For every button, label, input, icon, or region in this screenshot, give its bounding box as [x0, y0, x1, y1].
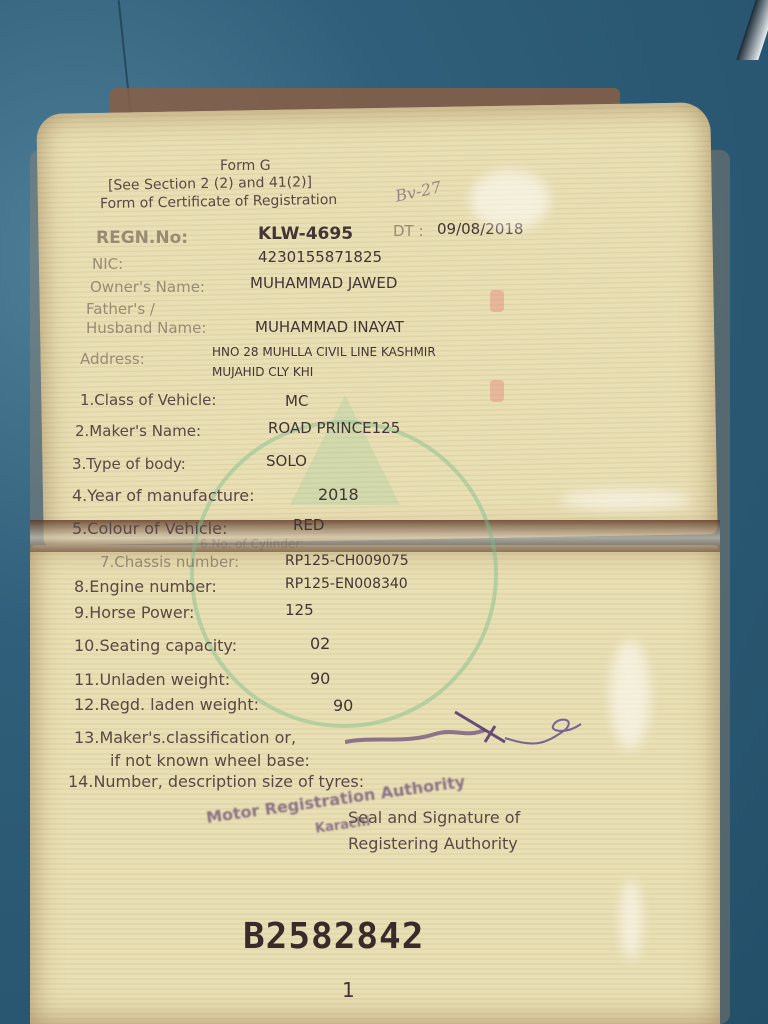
field-label-body-type: 3.Type of body:	[72, 455, 186, 473]
signature-scribble	[345, 708, 585, 758]
field-label-class: 1.Class of Vehicle:	[80, 391, 216, 409]
owner-value: MUHAMMAD JAWED	[250, 274, 397, 292]
plastic-glare	[620, 880, 642, 960]
regn-value: KLW-4695	[258, 224, 353, 244]
field-value-class: MC	[285, 392, 308, 410]
field-value-engine: RP125-EN008340	[285, 576, 408, 592]
plastic-glare	[560, 490, 690, 510]
field-value-maker: ROAD PRINCE125	[268, 419, 400, 437]
serial-number: B2582842	[243, 916, 424, 957]
field-label-year: 4.Year of manufacture:	[72, 486, 255, 505]
address-label: Address:	[80, 350, 145, 368]
field-label-wheel-base: if not known wheel base:	[110, 751, 310, 770]
field-label-cylinder: 6.No. of Cylinder:	[200, 537, 304, 551]
field-value-unladen-weight: 90	[310, 669, 330, 688]
field-label-chassis: 7.Chassis number:	[100, 553, 239, 571]
address-line1: HNO 28 MUHLLA CIVIL LINE KASHMIR	[212, 345, 436, 359]
pink-stamp-mark	[490, 380, 504, 402]
address-line2: MUJAHID CLY KHI	[212, 365, 313, 379]
field-label-unladen-weight: 11.Unladen weight:	[74, 670, 230, 689]
date-label: DT :	[393, 222, 424, 240]
father-label-line1: Father's /	[86, 300, 155, 318]
field-label-colour: 5.Colour of Vehicle:	[72, 519, 227, 538]
nic-value: 4230155871825	[258, 248, 382, 266]
field-label-maker-classification: 13.Maker's.classification or,	[74, 728, 296, 747]
father-label-line2: Husband Name:	[86, 319, 206, 337]
field-label-seating: 10.Seating capacity:	[74, 636, 237, 655]
field-value-body-type: SOLO	[266, 452, 307, 470]
form-title: Form G	[220, 158, 271, 174]
page-number: 1	[342, 978, 355, 1002]
seal-caption-line2: Registering Authority	[348, 834, 518, 853]
field-label-horse-power: 9.Horse Power:	[74, 603, 194, 622]
field-value-colour: RED	[293, 516, 324, 534]
field-value-chassis: RP125-CH009075	[285, 553, 409, 569]
field-value-year: 2018	[318, 485, 359, 504]
table-edge	[736, 0, 768, 60]
field-label-laden-weight: 12.Regd. laden weight:	[74, 695, 259, 714]
plastic-glare	[470, 170, 550, 230]
pink-stamp-mark	[490, 290, 504, 312]
owner-label: Owner's Name:	[90, 278, 205, 296]
plastic-glare	[610, 640, 650, 750]
regn-label: REGN.No:	[96, 228, 188, 248]
father-value: MUHAMMAD INAYAT	[255, 318, 404, 336]
seal-caption-line1: Seal and Signature of	[348, 808, 520, 827]
field-value-seating: 02	[310, 634, 330, 653]
field-label-maker: 2.Maker's Name:	[75, 422, 201, 440]
nic-label: NIC:	[92, 255, 123, 273]
field-value-horse-power: 125	[285, 601, 314, 619]
field-label-engine: 8.Engine number:	[74, 577, 217, 596]
field-label-tyres: 14.Number, description size of tyres:	[68, 772, 364, 791]
